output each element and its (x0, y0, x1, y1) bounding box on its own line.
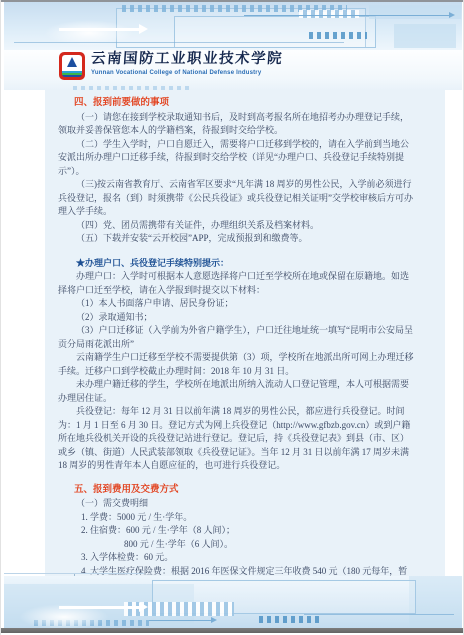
text-line: 3. 入学体检费：60 元。 (81, 551, 417, 565)
text-line: 云南籍学生户口迁移至学校不需要提供第（3）项，学校所在地派出所可网上办理迁移手续… (58, 351, 417, 378)
text-line: 800 元 / 生·学年（6 人间）。 (124, 538, 417, 552)
arrow-right-icon (139, 24, 148, 34)
text-line: （一）需交费明细 (58, 497, 417, 511)
decor-line (14, 42, 344, 43)
text-line: 未办理户籍迁移的学生，学校所在地派出所纳入流动人口登记管理，本人可根据需要办理居… (58, 378, 417, 405)
decor-rect (409, 576, 462, 628)
arrow-right-icon (211, 617, 217, 623)
spacer (58, 246, 417, 257)
header-decor-band (4, 2, 462, 50)
text-line: （三)按云南省教育厅、云南省军区要求“凡年满 18 周岁的男性公民，入学前必须进… (58, 178, 417, 219)
arrow-shaft (59, 606, 139, 609)
text-line: （五）下载并安装“云开校园”APP，完成预报到和缴费等。 (58, 232, 417, 246)
document-page: 云南国防工业职业技术学院 Yunnan Vocational College o… (0, 0, 464, 635)
arrow-right-icon (449, 12, 455, 18)
decor-line (149, 620, 211, 621)
content-text: 四、报到前要做的事项（一）请您在接到学校录取通知书后，及时到高考报名所在地招考办… (45, 93, 445, 576)
logo-stripes (62, 71, 82, 77)
emblem-inner (62, 55, 82, 71)
text-line: 1. 学费：5000 元 / 生·学年。 (81, 511, 417, 525)
text-line: （一）请您在接到学校录取通知书后，及时到高考报名所在地招考办办理登记手续，领取并… (58, 111, 417, 138)
logo-emblem (59, 52, 85, 80)
arrow-right-icon (139, 602, 148, 612)
college-name-zh: 云南国防工业职业技术学院 (90, 52, 283, 67)
decor-tick-strip (309, 32, 367, 39)
mountain-icon (67, 57, 77, 67)
text-line: 2. 住宿费：600 元 / 生·学年（8 人间）； (81, 524, 417, 538)
arrow-shaft (59, 28, 139, 31)
college-logo: 云南国防工业职业技术学院 Yunnan Vocational College o… (59, 52, 283, 80)
text-line: （1）本人书面落户申请、居民身份证； (58, 297, 417, 311)
section-heading: 五、报到费用及交费方式 (74, 484, 417, 498)
text-line: 办理户口：入学时可根据本人意愿选择将户口迁至学校所在地或保留在原籍地。如选择将户… (58, 270, 417, 297)
text-line: （二）学生入学时，户口自愿迁入，需要将户口迁移到学校的，请在入学前到当地公安派出… (58, 138, 417, 179)
decor-rect (394, 24, 456, 48)
college-name-en: Yunnan Vocational College of National De… (91, 70, 283, 76)
spacer (58, 473, 417, 484)
text-line: 4. 大学生医疗保险费：根据 2016 年医保文件规定三年收费 540 元（18… (81, 565, 417, 577)
text-line: 兵役登记：每年 12 月 31 日以前年满 18 周岁的男性公民，都应进行兵役登… (58, 405, 417, 473)
section-heading: 四、报到前要做的事项 (74, 97, 417, 111)
bottom-bar (1, 628, 464, 633)
decor-tick-strip (259, 616, 319, 623)
decor-fence-pattern (299, 10, 359, 18)
footer-decor-band (4, 576, 462, 628)
text-line: （3）户口迁移证（入学前为外省户籍学生），户口迁往地址统一填写“昆明市公安局呈贡… (58, 324, 417, 351)
decor-rect (369, 5, 461, 19)
special-note-heading: ★办理户口、兵役登记手续特别提示： (76, 257, 417, 271)
decor-line (244, 15, 449, 16)
text-line: （2）录取通知书； (58, 311, 417, 325)
decor-line (304, 614, 454, 615)
text-line: （四）党、团员需携带有关证件，办理组织关系及档案材料。 (58, 219, 417, 233)
